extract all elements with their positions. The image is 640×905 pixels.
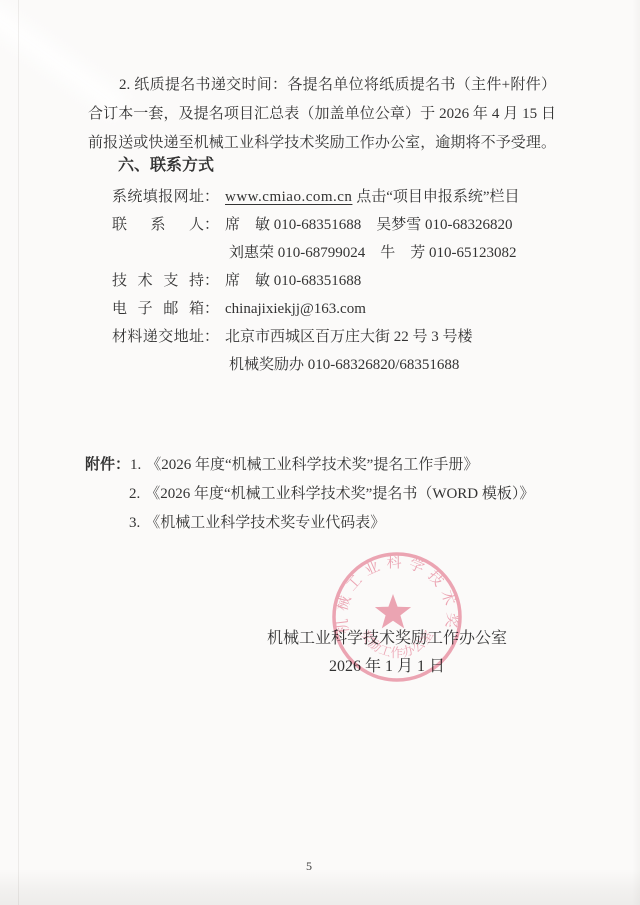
attachment-number: 2.: [129, 480, 140, 509]
attachment-title: 《2026 年度“机械工业科学技术奖”提名工作手册》: [146, 457, 478, 473]
attachments-list: 附件：1.《2026 年度“机械工业科学技术奖”提名工作手册》 2.《2026 …: [85, 451, 534, 538]
contact-row-address-continued: 机械奖励办 010-68326820/68351688: [112, 351, 520, 379]
attachment-title: 《2026 年度“机械工业科学技术奖”提名书（WORD 模板）》: [145, 486, 534, 502]
label-colon: ：: [204, 183, 219, 211]
contact-label: 系统填报网址: [112, 183, 204, 211]
attachments-label: 附件：: [85, 457, 130, 473]
contact-value: 刘惠荣 010-68799024 牛 芳 010-65123082: [229, 245, 517, 261]
attachment-number: 3.: [129, 509, 140, 538]
contact-row-support: 技术支持：席 敏 010-68351688: [112, 267, 520, 295]
signature-date: 2026 年 1 月 1 日: [258, 653, 516, 681]
svg-text:机械工业科学技术奖: 机械工业科学技术奖: [333, 554, 461, 635]
address-value: 北京市西城区百万庄大街 22 号 3 号楼: [225, 329, 473, 345]
contact-label: 电子邮箱: [112, 295, 204, 323]
contact-row-persons: 联系人：席 敏 010-68351688 吴梦雪 010-68326820: [112, 211, 520, 239]
attachment-row: 附件：1.《2026 年度“机械工业科学技术奖”提名工作手册》: [85, 451, 534, 480]
address-value: 机械奖励办 010-68326820/68351688: [229, 357, 459, 373]
paragraph-line: 合订本一套，及提名项目汇总表（加盖单位公章）于 2026 年 4 月 15 日: [88, 100, 556, 129]
label-colon: ：: [204, 211, 219, 239]
seal-arc-text-top: 机械工业科学技术奖: [333, 554, 461, 635]
contact-value: www.cmiao.com.cn 点击“项目申报系统”栏目: [225, 189, 520, 205]
email-value: chinajixiekjj@163.com: [225, 301, 366, 317]
contact-row-website: 系统填报网址：www.cmiao.com.cn 点击“项目申报系统”栏目: [112, 183, 520, 211]
contact-list: 系统填报网址：www.cmiao.com.cn 点击“项目申报系统”栏目 联系人…: [112, 183, 520, 379]
label-colon: ：: [204, 267, 219, 295]
scan-bottom-shadow: [0, 869, 640, 905]
attachment-row: 3.《机械工业科学技术奖专业代码表》: [85, 509, 534, 538]
contact-label: 联系人: [112, 211, 204, 239]
label-colon: ：: [204, 323, 219, 351]
label-colon: ：: [204, 295, 219, 323]
paragraph-paper-submission: 2. 纸质提名书递交时间：各提名单位将纸质提名书（主件+附件） 合订本一套，及提…: [88, 71, 556, 158]
scan-left-crease: [18, 0, 19, 905]
signature-block: 机械工业科学技术奖励工作办公室 2026 年 1 月 1 日: [258, 625, 516, 681]
document-page: 2. 纸质提名书递交时间：各提名单位将纸质提名书（主件+附件） 合订本一套，及提…: [0, 0, 640, 905]
contact-label: 材料递交地址: [112, 323, 204, 351]
paragraph-line: 2. 纸质提名书递交时间：各提名单位将纸质提名书（主件+附件）: [88, 71, 556, 100]
contact-value: 席 敏 010-68351688 吴梦雪 010-68326820: [225, 217, 513, 233]
section-heading-contact: 六、联系方式: [118, 151, 214, 180]
contact-row-email: 电子邮箱：chinajixiekjj@163.com: [112, 295, 520, 323]
attachment-row: 2.《2026 年度“机械工业科学技术奖”提名书（WORD 模板）》: [85, 480, 534, 509]
scan-right-shadow: [632, 0, 640, 905]
star-icon: [375, 594, 411, 628]
attachment-number: 1.: [130, 451, 141, 480]
contact-row-address: 材料递交地址：北京市西城区百万庄大街 22 号 3 号楼: [112, 323, 520, 351]
website-suffix: 点击“项目申报系统”栏目: [356, 189, 519, 205]
contact-value: 席 敏 010-68351688: [225, 273, 361, 289]
attachment-title: 《机械工业科学技术奖专业代码表》: [145, 515, 385, 531]
website-url: www.cmiao.com.cn: [225, 189, 352, 205]
signature-organization: 机械工业科学技术奖励工作办公室: [258, 625, 516, 653]
contact-label: 技术支持: [112, 267, 204, 295]
contact-row-persons-continued: 刘惠荣 010-68799024 牛 芳 010-65123082: [112, 239, 520, 267]
